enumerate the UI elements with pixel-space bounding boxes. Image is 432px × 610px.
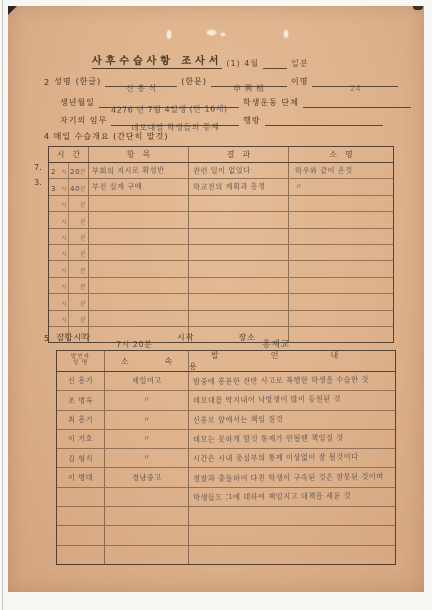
place-label: 장소 (238, 332, 255, 343)
cell-remark (289, 278, 393, 293)
speaker-row: 조 병옥〃데모대를 막지내어 낙방생이 많이 동원된 것 (57, 391, 395, 410)
cell-item (89, 245, 189, 260)
cell-result (189, 229, 289, 244)
whereabouts-label: 행방 (243, 115, 260, 126)
whereabouts-blank (265, 115, 383, 126)
time-subdivider (68, 261, 69, 276)
duty-line: 자기의 임무 데모대열 학생들의 통제 행방 (60, 115, 383, 126)
statement-value: 시간은 시내 중심부의 통제 이상없이 잘 될것이다 (193, 452, 359, 464)
speaker-name-value: 조 병옥 (68, 397, 93, 405)
cell-statement: 학생들도 그에 대하여 책임지고 대책을 세운 것 (189, 488, 395, 506)
remark-value: 〃 (295, 182, 303, 192)
speaker-row (57, 546, 395, 564)
birth-extra-label: 학생운동 단체 (243, 97, 299, 108)
cell-affiliation (105, 526, 189, 544)
speaker-name-value: 이 병대 (68, 474, 93, 482)
cell-time: 시분 (49, 261, 89, 276)
duty-label: 자기의 임무 (60, 115, 107, 126)
cell-result (189, 196, 289, 211)
hour-unit-label: 시 (61, 167, 67, 176)
cell-statement: 경찰과 충돌하여 다친 학생이 구속된 것은 잘못된 것이며 (189, 468, 395, 486)
daily-report-row: 2시20분부회의 지시로 확성반관련 일이 없었다학우와 같이 온것 (49, 163, 393, 179)
cell-speaker-name (57, 507, 105, 525)
speaker-row: 최 흥기〃신흥로 앞에서는 책임 질것 (57, 411, 395, 430)
speaker-name-value: 이 기호 (68, 435, 93, 443)
speaker-row: 학생들도 그에 대하여 책임지고 대책을 세운 것 (57, 488, 395, 507)
cell-statement: 밤중에 흥분한 잔반 사고로 폭행한 학생을 수습한 것 (189, 372, 395, 390)
cell-speaker-name: 이 기호 (57, 430, 105, 448)
speaker-row: 신 흥기제일여고밤중에 흥분한 잔반 사고로 폭행한 학생을 수습한 것 (57, 372, 395, 391)
daily-report-row: 시분 (49, 229, 393, 245)
section4-label: 4 매일 수습개요 (간단히 말것) (44, 131, 169, 142)
cell-result (189, 245, 289, 260)
daily-report-rows: 2시20분부회의 지시로 확성반관련 일이 없었다학우와 같이 온것3시40분부… (49, 163, 393, 342)
result-value: 관련 일이 없었다 (193, 165, 251, 176)
cell-time: 시분 (49, 311, 89, 326)
page-corner-mark-left (8, 6, 17, 15)
remark-value: 학우와 같이 온것 (295, 165, 353, 176)
form-title-line: 사후수습사항 조사서 (1) 4월 일분 (92, 52, 309, 69)
header-speaker-name-line2: 성 명 (73, 361, 88, 367)
cell-speaker-name: 조 병옥 (57, 391, 105, 409)
place-value: 흥제교 (262, 337, 290, 350)
speakers-rows: 신 흥기제일여고밤중에 흥분한 잔반 사고로 폭행한 학생을 수습한 것조 병옥… (57, 372, 395, 564)
cell-speaker-name (57, 546, 105, 564)
birth-value: 4276 년 7월 4일생 (만 16세) (111, 103, 228, 115)
cell-affiliation: 〃 (105, 449, 189, 467)
daily-report-row: 시분 (49, 311, 393, 327)
alias-label: 이명 (291, 76, 308, 87)
cell-speaker-name: 이 병대 (57, 468, 105, 486)
daily-report-row: 시분 (49, 294, 393, 310)
margin-note-2: 3. (34, 178, 42, 187)
cell-remark (289, 196, 393, 211)
margin-note-1: 7. (34, 163, 42, 172)
hangul-label: (한글) (76, 76, 102, 87)
cell-statement: 데모는 못하게 할것 통제가 안될땐 책임질 것 (189, 430, 395, 448)
time-hour-value: 3 (51, 184, 56, 193)
daily-report-row: 시분 (49, 278, 393, 294)
daily-report-row: 시분 (49, 245, 393, 261)
assembly-time-value: 7시 20분 (116, 339, 152, 350)
daily-report-row: 시분 (49, 261, 393, 277)
speakers-header-row: 발언자 성 명 소 속 발 언 내 용 (57, 351, 395, 372)
time-hour-value: 2 (51, 167, 56, 176)
minute-unit-label: 분 (80, 315, 86, 324)
affiliation-value: 제일여고 (132, 376, 162, 386)
result-value: 학교전의 계획과 흥정 (193, 182, 266, 193)
affiliation-value: 〃 (143, 415, 151, 425)
cell-time: 시분 (49, 294, 89, 309)
cell-remark (289, 261, 393, 276)
time-subdivider (68, 196, 69, 211)
hour-unit-label: 시 (61, 217, 67, 226)
cell-remark (289, 212, 393, 227)
header-time: 시 간 (49, 147, 89, 162)
cell-result (189, 294, 289, 309)
header-item: 항 목 (89, 147, 189, 162)
time-subdivider (68, 311, 69, 326)
name-hanja-value: 申 興 植 (233, 83, 265, 94)
cell-remark (289, 294, 393, 309)
statement-value: 신흥로 앞에서는 책임 질것 (193, 414, 283, 425)
speaker-row: 김 형식〃시간은 시내 중심부의 통제 이상없이 잘 될것이다 (57, 449, 395, 468)
item-value: 부회의 지시로 확성반 (92, 165, 165, 176)
cell-result: 관련 일이 없었다 (189, 163, 289, 178)
cell-time: 시분 (49, 245, 89, 260)
speakers-table: 발언자 성 명 소 속 발 언 내 용 신 흥기제일여고밤중에 흥분한 잔반 사… (56, 350, 396, 565)
affiliation-value: 〃 (143, 395, 151, 405)
speaker-name-value: 김 형식 (68, 454, 93, 462)
scanned-form-page: 사후수습사항 조사서 (1) 4월 일분 2 성명 (한글) 신 흥 식 (한문… (8, 6, 424, 592)
time-subdivider (68, 229, 69, 244)
time-minute-value: 20 (70, 167, 80, 176)
assembly-number: 5 (44, 334, 50, 343)
cell-time: 시분 (49, 229, 89, 244)
cell-affiliation: 경남중고 (105, 468, 189, 486)
alias-value: 24 (350, 84, 361, 93)
cell-remark (289, 311, 393, 326)
cell-item: 부진 실계 구매 (89, 179, 189, 194)
time-subdivider (68, 245, 69, 260)
paper-speck (167, 30, 171, 39)
hour-unit-label: 시 (61, 266, 67, 275)
hour-unit-label: 시 (61, 315, 67, 324)
cell-remark (289, 229, 393, 244)
cell-affiliation: 제일여고 (105, 372, 189, 390)
cell-statement (189, 507, 395, 525)
name-hangul-value: 신 흥 식 (126, 83, 157, 94)
affiliation-value: 경남중고 (132, 472, 162, 482)
speaker-row: 이 기호〃데모는 못하게 할것 통제가 안될땐 책임질 것 (57, 430, 395, 449)
cell-time: 시분 (49, 212, 89, 227)
hour-unit-label: 시 (61, 233, 67, 242)
cell-remark: 학우와 같이 온것 (289, 163, 393, 178)
time-subdivider (68, 212, 69, 227)
birth-line: 생년월일 4276 년 7월 4일생 (만 16세) 학생운동 단체 (60, 97, 411, 108)
cell-speaker-name: 최 흥기 (57, 411, 105, 429)
cell-item (89, 278, 189, 293)
header-result: 결 과 (189, 147, 289, 162)
cell-time: 3시40분 (49, 179, 89, 194)
cell-statement: 신흥로 앞에서는 책임 질것 (189, 411, 395, 429)
header-statement: 발 언 내 용 (189, 351, 395, 371)
time-subdivider (68, 163, 69, 178)
cell-item (89, 196, 189, 211)
cell-speaker-name: 신 흥기 (57, 372, 105, 390)
cell-result (189, 278, 289, 293)
cell-statement (189, 526, 395, 544)
paper-speck (284, 30, 288, 38)
minute-unit-label: 분 (80, 200, 86, 209)
daily-report-header-row: 시 간 항 목 결 과 소 명 (49, 147, 393, 163)
cell-affiliation (105, 546, 189, 564)
affiliation-value: 〃 (143, 434, 151, 444)
cell-affiliation: 〃 (105, 411, 189, 429)
cell-statement: 시간은 시내 중심부의 통제 이상없이 잘 될것이다 (189, 449, 395, 467)
cell-time: 2시20분 (49, 163, 89, 178)
cell-result (189, 261, 289, 276)
speaker-row: 이 병대경남중고경찰과 충돌하여 다친 학생이 구속된 것은 잘못된 것이며 (57, 468, 395, 487)
statement-value: 밤중에 흥분한 잔반 사고로 폭행한 학생을 수습한 것 (193, 375, 369, 387)
speaker-name-value: 최 흥기 (68, 416, 93, 424)
form-title-suffix-unit: 일분 (291, 58, 308, 69)
cell-item (89, 212, 189, 227)
cell-speaker-name (57, 488, 105, 506)
minute-unit-label: 분 (80, 282, 86, 291)
assembly-label: 집합시각 (56, 332, 91, 343)
cell-affiliation (105, 507, 189, 525)
cell-speaker-name: 김 형식 (57, 449, 105, 467)
minute-unit-label: 분 (80, 299, 86, 308)
minute-unit-label: 분 (80, 184, 86, 193)
speaker-row (57, 526, 395, 545)
page-corner-mark-right (413, 6, 423, 10)
cell-item: 부회의 지시로 확성반 (89, 163, 189, 178)
name-label: 성명 (54, 76, 71, 87)
affiliation-value: 〃 (143, 453, 151, 463)
speaker-row (57, 507, 395, 526)
cell-item (89, 294, 189, 309)
cell-affiliation: 〃 (105, 430, 189, 448)
section4-line: 4 매일 수습개요 (간단히 말것) (44, 131, 169, 142)
cell-time: 시분 (49, 278, 89, 293)
hanja-label: (한문) (181, 76, 207, 87)
cell-statement: 데모대를 막지내어 낙방생이 많이 동원된 것 (189, 391, 395, 409)
daily-report-row: 시분 (49, 212, 393, 228)
scan-edge-line (2, 0, 3, 610)
item-value: 부진 실계 구매 (92, 182, 142, 193)
statement-value: 데모대를 막지내어 낙방생이 많이 동원된 것 (193, 395, 341, 407)
speaker-name-value: 신 흥기 (68, 377, 93, 385)
cell-item (89, 229, 189, 244)
hour-unit-label: 시 (61, 184, 67, 193)
time-subdivider (68, 179, 69, 194)
cell-affiliation (105, 488, 189, 506)
header-remark: 소 명 (289, 147, 393, 162)
cell-remark (289, 245, 393, 260)
hour-unit-label: 시 (61, 282, 67, 291)
cell-result: 학교전의 계획과 흥정 (189, 179, 289, 194)
hour-unit-label: 시 (61, 249, 67, 258)
minute-unit-label: 분 (80, 167, 86, 176)
statement-value: 경찰과 충돌하여 다친 학생이 구속된 것은 잘못된 것이며 (193, 471, 384, 483)
time-subdivider (68, 294, 69, 309)
cell-result (189, 212, 289, 227)
minute-unit-label: 분 (80, 266, 86, 275)
hour-unit-label: 시 (61, 200, 67, 209)
title-day-blank (263, 58, 287, 69)
cell-result (189, 311, 289, 326)
assembly-start-label: 시작 (177, 332, 194, 343)
name-line: 2 성명 (한글) 신 흥 식 (한문) 申 興 植 이명 24 (44, 76, 398, 87)
minute-unit-label: 분 (80, 233, 86, 242)
header-speaker-name: 발언자 성 명 (57, 351, 105, 371)
cell-item (89, 261, 189, 276)
daily-report-row: 3시40분부진 실계 구매학교전의 계획과 흥정〃 (49, 179, 393, 195)
item-number: 2 (44, 78, 50, 87)
statement-value: 학생들도 그에 대하여 책임지고 대책을 세운 것 (193, 491, 351, 503)
cell-remark: 〃 (289, 179, 393, 194)
minute-unit-label: 분 (80, 249, 86, 258)
birth-label: 생년월일 (60, 97, 95, 108)
assembly-line: 5 집합시각 7시 20분 시작 장소 흥제교 (44, 332, 380, 343)
cell-statement (189, 546, 395, 564)
paper-speck (221, 33, 225, 36)
statement-value: 데모는 못하게 할것 통제가 안될땐 책임질 것 (193, 433, 344, 445)
minute-unit-label: 분 (80, 217, 86, 226)
cell-speaker-name (57, 526, 105, 544)
header-affiliation: 소 속 (105, 351, 189, 371)
time-subdivider (68, 278, 69, 293)
cell-item (89, 311, 189, 326)
time-minute-value: 40 (70, 184, 80, 193)
daily-report-table: 시 간 항 목 결 과 소 명 2시20분부회의 지시로 확성반관련 일이 없었… (48, 146, 394, 343)
paper-speck (207, 30, 216, 35)
cell-affiliation: 〃 (105, 391, 189, 409)
cell-time: 시분 (49, 196, 89, 211)
birth-extra-blank (303, 97, 411, 108)
form-title-suffix: (1) 4월 (226, 58, 259, 69)
hour-unit-label: 시 (61, 299, 67, 308)
daily-report-row: 시분 (49, 196, 393, 212)
form-title: 사후수습사항 조사서 (92, 52, 222, 69)
